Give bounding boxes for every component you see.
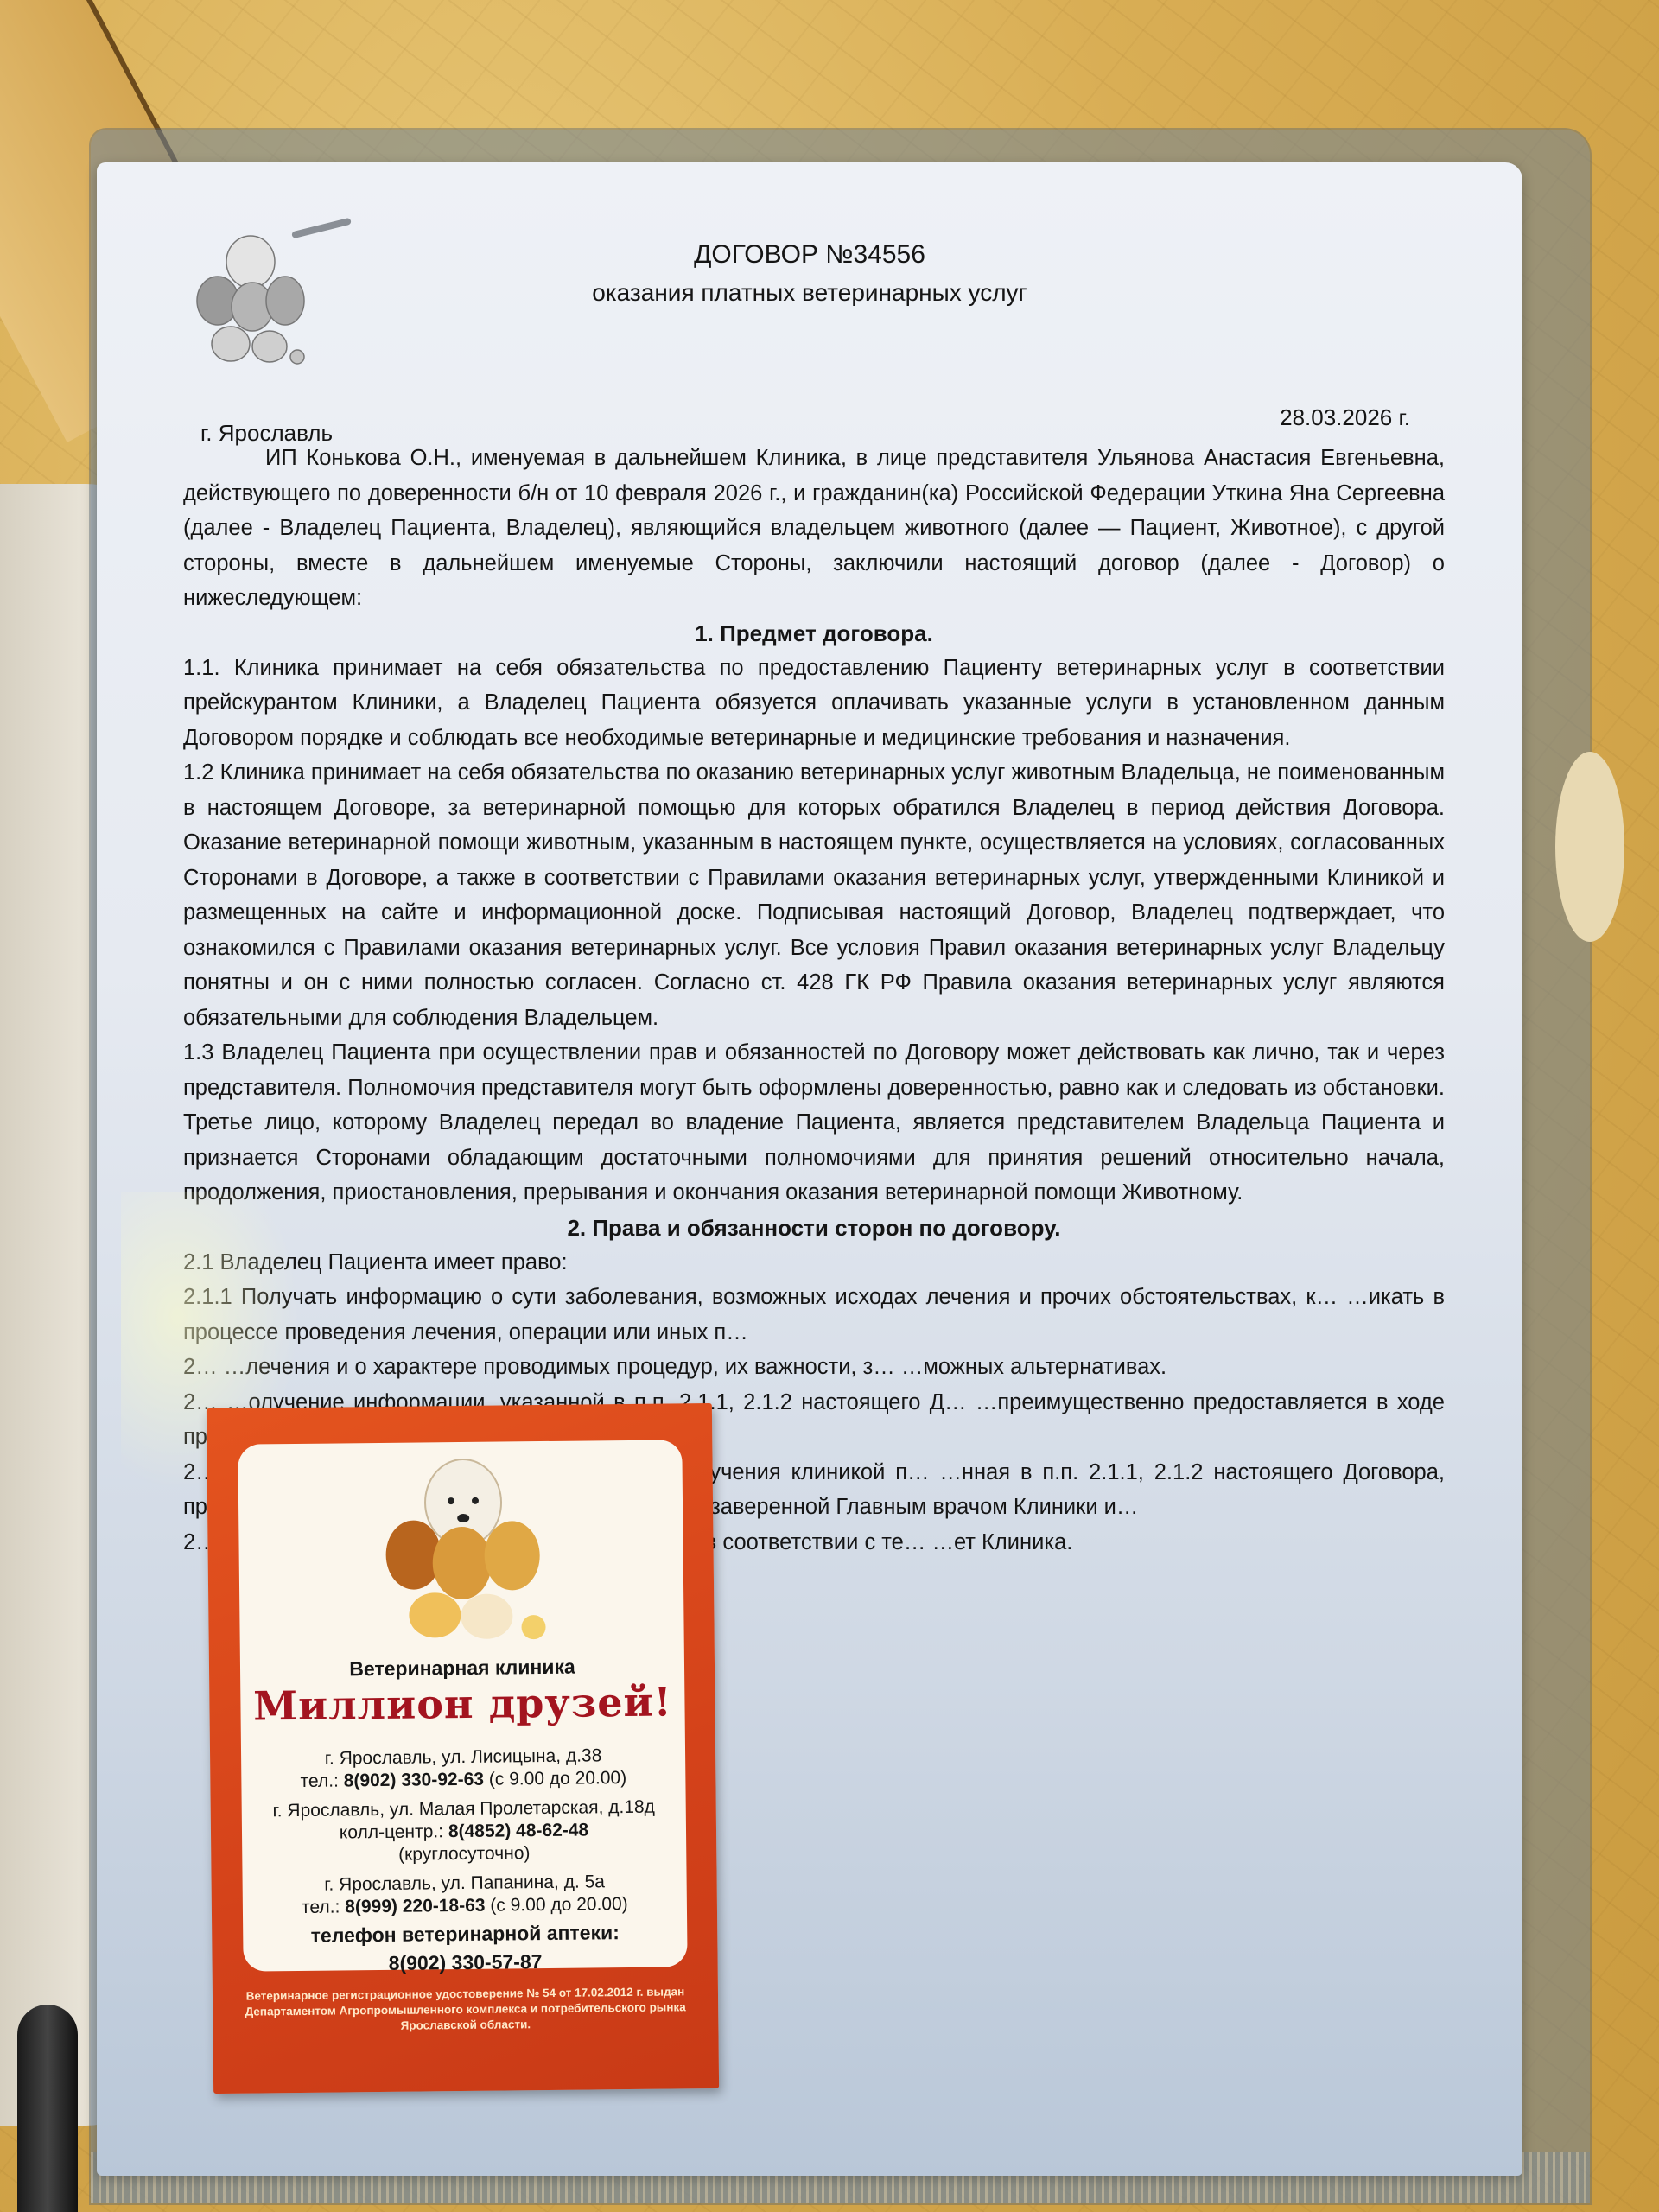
pharmacy-phone[interactable]: 8(902) 330-57-87: [243, 1948, 687, 1976]
clause-1-3: 1.3 Владелец Пациента при осуществлении …: [183, 1035, 1445, 1211]
clinic-name: Миллион друзей!: [240, 1678, 685, 1729]
branch-3-phone-label: тел.:: [302, 1897, 340, 1916]
document-title: ДОГОВОР №34556: [97, 240, 1522, 270]
branch-2-phone-label: колл-центр.:: [340, 1821, 443, 1842]
pen: [17, 2005, 78, 2212]
clause-1-2: 1.2 Клиника принимает на себя обязательс…: [183, 755, 1445, 1035]
sleeve-notch: [1555, 752, 1624, 942]
branch-1-phone[interactable]: 8(902) 330-92-63: [344, 1770, 485, 1791]
clinic-contacts: г. Ярославль, ул. Лисицына, д.38 тел.: 8…: [241, 1744, 688, 1976]
clause-1-1: 1.1. Клиника принимает на себя обязатель…: [183, 651, 1445, 756]
card-panel: Ветеринарная клиника Миллион друзей! г. …: [238, 1440, 687, 1971]
branch-2-phone[interactable]: 8(4852) 48-62-48: [448, 1820, 589, 1841]
branch-3-phone-line: тел.: 8(999) 220-18-63 (с 9.00 до 20.00): [243, 1892, 687, 1919]
clinic-business-card: Ветеринарная клиника Миллион друзей! г. …: [207, 1403, 719, 2094]
pets-illustration-icon: [359, 1450, 569, 1660]
clause-2-1: 2.1 Владелец Пациента имеет право:: [183, 1245, 1445, 1281]
branch-1-hours: (с 9.00 до 20.00): [489, 1768, 627, 1789]
branch-1-phone-line: тел.: 8(902) 330-92-63 (с 9.00 до 20.00): [241, 1766, 685, 1793]
section-heading-1: 1. Предмет договора.: [183, 616, 1445, 651]
license-note: Ветеринарное регистрационное удостоверен…: [230, 1984, 702, 2036]
clinic-kind: Ветеринарная клиника: [240, 1654, 684, 1681]
pharmacy-label: телефон ветеринарной аптеки:: [243, 1920, 687, 1948]
section-heading-2: 2. Права и обязанности сторон по договор…: [183, 1211, 1445, 1245]
branch-3-hours: (с 9.00 до 20.00): [490, 1894, 628, 1916]
clause-2-1-2: 2… …лечения и о характере проводимых про…: [183, 1350, 1445, 1385]
branch-2-address: г. Ярославль, ул. Малая Пролетарская, д.…: [242, 1796, 686, 1822]
branch-3-phone[interactable]: 8(999) 220-18-63: [345, 1896, 486, 1917]
preamble: ИП Конькова О.Н., именуемая в дальнейшем…: [183, 441, 1445, 616]
clause-2-1-1: 2.1.1 Получать информацию о сути заболев…: [183, 1280, 1445, 1350]
contract-body: ИП Конькова О.Н., именуемая в дальнейшем…: [183, 441, 1445, 1560]
document-subtitle: оказания платных ветеринарных услуг: [97, 279, 1522, 307]
branch-1-phone-label: тел.:: [300, 1771, 339, 1791]
